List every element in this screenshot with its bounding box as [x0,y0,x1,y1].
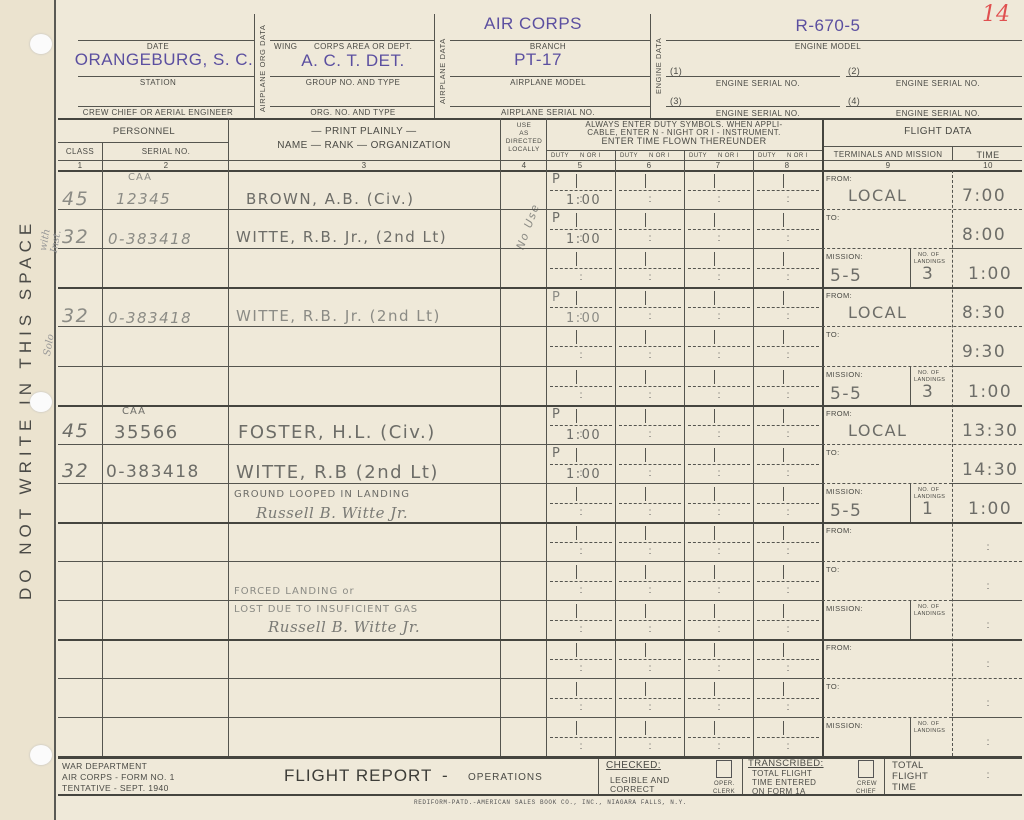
duty-cell-divider [619,464,681,465]
time-colon[interactable]: : [580,390,583,401]
duty-cell-divider [619,386,681,387]
duty-n-or-i-separator [783,252,784,266]
duty-n-or-i-separator [783,643,784,657]
landings-label-2: LANDINGS [914,728,945,734]
row-8-serial[interactable]: 0-383418 [106,462,200,482]
duty-n-or-i-separator [783,330,784,344]
remark-forced-landing-1[interactable]: FORCED LANDING or [234,586,355,597]
col-num-10: 10 [983,161,993,170]
duty-n-or-i-separator [783,721,784,735]
row-divider [58,405,822,407]
mission-label: MISSION: [826,252,863,261]
duty-cell-divider [550,229,612,230]
time-colon[interactable]: : [649,741,652,752]
duty-cell-divider [619,503,681,504]
duty-n-or-i-separator [576,487,577,501]
row-4-serial[interactable]: 0-383418 [108,309,192,327]
time-colon[interactable]: : [580,311,583,322]
from-to-divider [822,209,1022,210]
corps-area-value[interactable]: A. C. T. DET. [301,51,405,71]
airplane-data-label: AIRPLANE DATA [438,38,447,104]
time-colon[interactable]: : [580,272,583,283]
time-colon[interactable]: : [718,311,721,322]
time-colon[interactable]: : [580,194,583,205]
row-2-name[interactable]: WITTE, R.B. Jr., (2nd Lt) [236,228,447,246]
duty-n-or-i-separator [576,721,577,735]
row-divider [58,639,822,641]
duty-n-or-i-separator [714,252,715,266]
landings-label-1: NO. OF [918,487,939,493]
time-colon[interactable]: : [649,702,652,713]
row-1-serial-prefix: CAA [128,172,152,183]
duty-cell-divider [550,268,612,269]
row-7-serial[interactable]: 35566 [114,422,179,443]
engine-serial-label-2: ENGINE SERIAL NO. [896,79,980,88]
duty-n-or-i-separator [576,330,577,344]
time-colon[interactable]: : [787,702,790,713]
duty-n-or-i-separator [645,252,646,266]
landings-divider [910,483,911,522]
duty-n-or-i-separator [576,213,577,227]
duration-value[interactable]: : [987,737,990,748]
mission-label: MISSION: [826,721,863,730]
duty-cell-divider [619,190,681,191]
to-label: TO: [826,330,840,339]
mission-label: MISSION: [826,487,863,496]
duty-n-or-i-separator [714,643,715,657]
duty-cell-divider [757,542,819,543]
duty-n-or-i-separator [645,487,646,501]
duty-cell-divider [550,346,612,347]
col-num-5: 5 [578,161,583,170]
punch-hole [30,745,52,765]
locally-header: LOCALLY [508,146,540,153]
duty-n-or-i-separator [714,721,715,735]
duty-cell-divider [550,542,612,543]
as-header: AS [519,130,528,137]
time-colon[interactable]: : [718,585,721,596]
time-colon[interactable]: : [718,350,721,361]
time-colon[interactable]: : [718,624,721,635]
duty-cell-divider [688,229,750,230]
checked-label: CHECKED: [606,760,661,771]
duty-cell-divider [688,307,750,308]
row-7-duty[interactable]: P [552,407,561,422]
flight-block-divider [822,405,1022,407]
duty-cell-divider [757,268,819,269]
from-value[interactable]: LOCAL [848,186,907,205]
col-num-3: 3 [362,161,367,170]
time-colon[interactable]: : [718,546,721,557]
landings-divider [910,366,911,405]
time-colon[interactable]: : [649,468,652,479]
landings-value[interactable]: 3 [922,264,934,284]
signature-2: Russell B. Witte Jr. [268,618,420,636]
row-divider [58,678,822,679]
duty-cell-divider [550,425,612,426]
time-colon[interactable]: : [649,429,652,440]
time-colon[interactable]: : [580,741,583,752]
time-colon[interactable]: : [649,624,652,635]
duty-cell-divider [757,190,819,191]
transcribed-label: TRANSCRIBED: [748,758,824,769]
time-colon[interactable]: : [649,194,652,205]
time-colon[interactable]: : [649,272,652,283]
engine-model-label: ENGINE MODEL [795,42,861,51]
col-num-4: 4 [522,161,527,170]
flight-label: FLIGHT [892,771,928,782]
duration-value[interactable]: : [987,620,990,631]
time-from-value[interactable]: : [987,659,990,670]
duty-cell-divider [688,698,750,699]
duty-cell-divider [619,542,681,543]
row-1-class[interactable]: 45 [62,188,89,210]
row-divider [58,717,822,718]
duty-n-or-i-separator [645,643,646,657]
time-colon[interactable]: : [787,390,790,401]
remark-ground-looped[interactable]: GROUND LOOPED IN LANDING [234,489,410,500]
time-divider [952,248,1022,249]
duty-n-or-i-separator [714,213,715,227]
row-divider [58,248,822,249]
time-colon[interactable]: : [787,585,790,596]
duty-cell-divider [757,698,819,699]
time-divider [952,717,1022,718]
duty-subheader-8: DUTY [758,153,776,159]
crew-label: CREW [857,781,877,787]
duty-n-or-i-separator [645,370,646,384]
duty-cell-divider [619,737,681,738]
landings-label-2: LANDINGS [914,611,945,617]
name-rank-org-header: NAME — RANK — ORGANIZATION [277,140,451,151]
duty-cell-divider [688,737,750,738]
mission-value[interactable]: 5-5 [830,501,862,521]
duration-value[interactable]: 1:00 [968,499,1012,519]
form-date: TENTATIVE - SEPT. 1940 [62,783,169,793]
correct-label: CORRECT [610,784,655,794]
time-colon[interactable]: : [718,663,721,674]
time-colon[interactable]: : [718,507,721,518]
time-colon[interactable]: : [649,233,652,244]
duty-n-or-i-separator [576,565,577,579]
row-1-duty[interactable]: P [552,172,561,187]
time-colon[interactable]: : [649,311,652,322]
row-divider [58,287,822,289]
to-label: TO: [826,448,840,457]
row-divider [58,483,822,484]
time-from-value[interactable]: 8:30 [962,303,1006,323]
time-from-value[interactable]: : [987,542,990,553]
crew-chief-label: CREW CHIEF OR AERIAL ENGINEER [83,108,233,117]
engine-serial-label-1: ENGINE SERIAL NO. [716,79,800,88]
row-8-time[interactable]: 1:00 [566,467,601,482]
duty-cell-divider [757,737,819,738]
station-label: STATION [140,78,176,87]
from-label: FROM: [826,291,852,300]
mission-label: MISSION: [826,604,863,613]
crew-chief-checkbox[interactable] [858,760,874,778]
personnel-header: PERSONNEL [113,126,175,137]
time-colon[interactable]: : [649,663,652,674]
time-divider [952,366,1022,367]
time-colon[interactable]: : [718,390,721,401]
row-1-name[interactable]: BROWN, A.B. (Civ.) [246,190,415,208]
mission-value[interactable]: 5-5 [830,384,862,404]
time-colon[interactable]: : [787,311,790,322]
time-colon[interactable]: : [580,663,583,674]
margin-strip: DO NOT WRITE IN THIS SPACE with Inst. So… [0,0,56,820]
from-to-divider [822,326,1022,327]
row-divider [58,561,822,562]
engine-data-label: ENGINE DATA [654,38,663,94]
duty-cell-divider [550,464,612,465]
duty-cell-divider [757,307,819,308]
engine-model-value[interactable]: R-670-5 [796,16,861,36]
landings-value[interactable]: 1 [922,499,934,519]
duty-cell-divider [550,737,612,738]
duty-n-or-i-separator [783,565,784,579]
airplane-org-data-label: AIRPLANE ORG DATA [258,25,267,112]
form-body: DATE ORANGEBURG, S. C. STATION CREW CHIE… [58,4,1022,796]
duty-n-or-i-separator [645,526,646,540]
title-dash: - [442,766,449,786]
duty-cell-divider [619,229,681,230]
time-header: TIME [976,150,999,160]
duty-cell-divider [688,268,750,269]
from-to-divider [822,678,1022,679]
duty-n-or-i-separator [783,487,784,501]
row-2-duty[interactable]: P [552,211,561,226]
duty-cell-divider [688,464,750,465]
row-divider [58,209,822,210]
duty-n-or-i-separator [714,174,715,188]
from-label: FROM: [826,409,852,418]
time-colon[interactable]: : [580,350,583,361]
time-to-value[interactable]: 14:30 [962,460,1019,480]
duty-cell-divider [619,425,681,426]
time-colon[interactable]: : [787,194,790,205]
col-num-8: 8 [785,161,790,170]
mission-value[interactable]: 5-5 [830,266,862,286]
airplane-model-label: AIRPLANE MODEL [510,78,586,87]
engine-slot-3: (3) [670,96,682,106]
duty-cell-divider [688,620,750,621]
oper-label: OPER. [714,781,735,787]
nori-subheader-8: N OR I [787,153,808,159]
landings-value[interactable]: 3 [922,382,934,402]
to-mission-divider [822,248,952,249]
duty-n-or-i-separator [645,330,646,344]
engine-serial-label-3: ENGINE SERIAL NO. [716,109,800,118]
to-mission-divider [822,483,952,484]
airplane-serial-label: AIRPLANE SERIAL NO. [501,108,595,117]
time-colon[interactable]: : [718,272,721,283]
col-num-9: 9 [886,161,891,170]
wing-label: WING [274,42,297,51]
time-colon[interactable]: : [580,429,583,440]
remark-forced-landing-2[interactable]: LOST DUE TO INSUFICIENT GAS [234,604,418,615]
time-colon[interactable]: : [718,468,721,479]
duty-n-or-i-separator [714,291,715,305]
time-divider [952,600,1022,601]
duty-n-or-i-separator [576,370,577,384]
row-divider [58,366,822,367]
from-label: FROM: [826,643,852,652]
duty-n-or-i-separator [645,213,646,227]
terminals-header: TERMINALS AND MISSION [834,150,943,159]
row-4-duty[interactable]: P [552,290,561,305]
time-colon[interactable]: : [787,507,790,518]
duty-cell-divider [757,425,819,426]
row-divider [58,522,822,524]
row-8-duty[interactable]: P [552,446,561,461]
time-to-value[interactable]: : [987,698,990,709]
time-colon[interactable]: : [580,507,583,518]
time-colon[interactable]: : [649,390,652,401]
duty-cell-divider [757,229,819,230]
time-divider [952,483,1022,484]
to-mission-divider [822,366,952,367]
row-7-name[interactable]: FOSTER, H.L. (Civ.) [238,422,436,443]
duty-instructions-3: ENTER TIME FLOWN THEREUNDER [602,136,767,146]
row-4-class[interactable]: 32 [62,305,89,327]
branch-value[interactable]: AIR CORPS [484,14,582,34]
duty-n-or-i-separator [783,682,784,696]
org-label: ORG. NO. AND TYPE [310,108,395,117]
time-from-value[interactable]: 13:30 [962,421,1019,441]
time-colon[interactable]: : [580,468,583,479]
duty-n-or-i-separator [714,487,715,501]
time-to-value[interactable]: : [987,581,990,592]
time-colon[interactable]: : [580,585,583,596]
print-plainly-header: — PRINT PLAINLY — [311,126,416,137]
duty-n-or-i-separator [714,526,715,540]
duty-n-or-i-separator [714,448,715,462]
duty-n-or-i-separator [783,370,784,384]
time-colon[interactable]: : [580,546,583,557]
duty-cell-divider [550,503,612,504]
time-from-value[interactable]: 7:00 [962,186,1006,206]
duty-cell-divider [688,503,750,504]
airplane-model-value[interactable]: PT-17 [514,50,562,70]
time-colon[interactable]: : [787,350,790,361]
time-colon[interactable]: : [580,233,583,244]
nori-subheader-6: N OR I [649,153,670,159]
row-2-serial[interactable]: 0-383418 [108,230,192,248]
time-colon[interactable]: : [787,663,790,674]
duty-subheader-6: DUTY [620,153,638,159]
duty-cell-divider [619,659,681,660]
from-value[interactable]: LOCAL [848,421,907,440]
duty-n-or-i-separator [576,291,577,305]
time-colon[interactable]: : [787,468,790,479]
duty-cell-divider [619,346,681,347]
time-colon[interactable]: : [787,233,790,244]
col-num-1: 1 [78,161,83,170]
duration-value[interactable]: 1:00 [968,382,1012,402]
from-label: FROM: [826,174,852,183]
duty-n-or-i-separator [645,721,646,735]
duration-value[interactable]: 1:00 [968,264,1012,284]
row-8-class[interactable]: 32 [62,460,89,482]
duty-cell-divider [550,386,612,387]
signature-1: Russell B. Witte Jr. [256,504,408,522]
flight-block-divider [822,757,1022,759]
corps-area-label: CORPS AREA OR DEPT. [314,42,412,51]
duty-n-or-i-separator [783,213,784,227]
row-7-time[interactable]: 1:00 [566,428,601,443]
row-divider [58,600,822,601]
time-colon[interactable]: : [649,585,652,596]
duty-n-or-i-separator [714,604,715,618]
time-colon[interactable]: : [718,429,721,440]
row-1-time[interactable]: 1:00 [566,193,601,208]
from-value[interactable]: LOCAL [848,303,907,322]
row-4-time[interactable]: 1:00 [566,311,601,326]
time-to-value[interactable]: 9:30 [962,342,1006,362]
duty-n-or-i-separator [576,643,577,657]
duty-n-or-i-separator [576,604,577,618]
punch-hole [30,34,52,54]
time-colon[interactable]: : [649,546,652,557]
duty-n-or-i-separator [576,526,577,540]
flight-block-divider [822,287,1022,289]
duty-n-or-i-separator [576,448,577,462]
row-8-name[interactable]: WITTE, R.B (2nd Lt) [236,462,439,483]
to-label: TO: [826,213,840,222]
row-7-class[interactable]: 45 [62,420,89,442]
total-flight-time-value[interactable]: : [987,770,990,781]
duty-n-or-i-separator [645,174,646,188]
time-to-value[interactable]: 8:00 [962,225,1006,245]
time-colon[interactable]: : [787,741,790,752]
duty-n-or-i-separator [714,682,715,696]
row-2-class[interactable]: 32 [62,226,89,248]
duty-cell-divider [688,346,750,347]
duty-cell-divider [688,190,750,191]
duty-n-or-i-separator [645,409,646,423]
from-to-divider [822,561,1022,562]
time-colon[interactable]: : [787,429,790,440]
time-colon[interactable]: : [649,507,652,518]
time-colon[interactable]: : [580,624,583,635]
time-colon[interactable]: : [718,702,721,713]
duty-cell-divider [757,620,819,621]
engine-slot-4: (4) [848,96,860,106]
time-colon[interactable]: : [787,624,790,635]
row-divider [58,444,822,445]
row-1-serial[interactable]: 12345 [116,190,171,208]
time-colon[interactable]: : [718,194,721,205]
time-colon[interactable]: : [580,702,583,713]
row-2-time[interactable]: 1:00 [566,232,601,247]
to-label: TO: [826,565,840,574]
time-colon[interactable]: : [718,741,721,752]
time-colon[interactable]: : [718,233,721,244]
oper-clerk-checkbox[interactable] [716,760,732,778]
flight-report-form: DO NOT WRITE IN THIS SPACE with Inst. So… [0,0,1024,820]
to-mission-divider [822,717,952,718]
duty-cell-divider [757,581,819,582]
directed-header: DIRECTED [506,138,542,145]
row-4-name[interactable]: WITTE, R.B. Jr. (2nd Lt) [236,307,441,325]
duty-n-or-i-separator [645,565,646,579]
time-colon[interactable]: : [649,350,652,361]
time-colon[interactable]: : [787,272,790,283]
col-num-7: 7 [716,161,721,170]
station-value[interactable]: ORANGEBURG, S. C. [75,50,254,70]
time-colon[interactable]: : [787,546,790,557]
